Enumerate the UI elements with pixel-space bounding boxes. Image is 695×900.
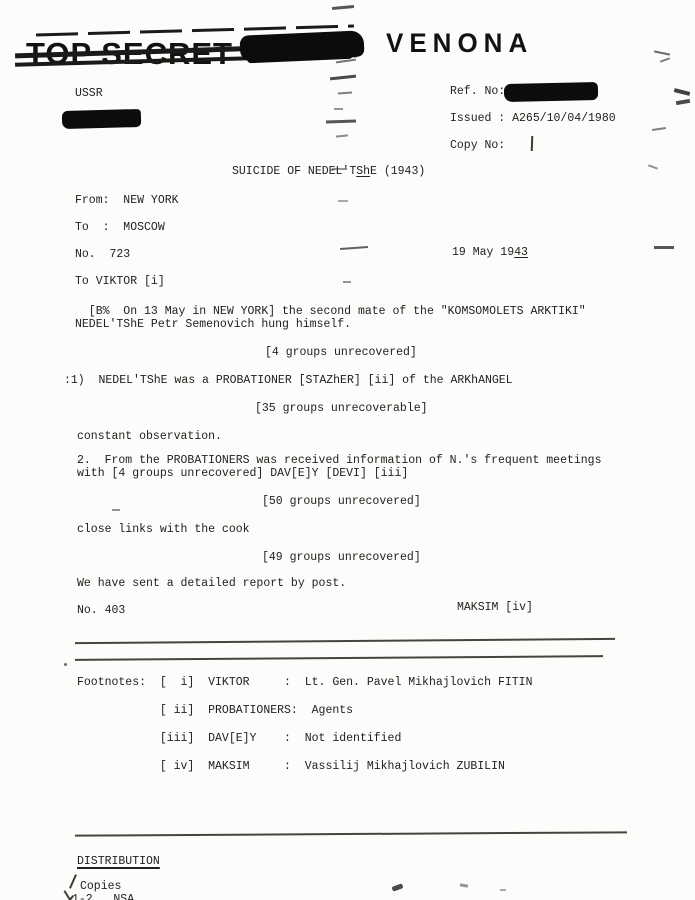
scan-smudge — [654, 50, 670, 55]
scan-smudge — [338, 200, 348, 202]
from-line: From: NEW YORK — [75, 194, 179, 207]
distribution-row-1: 1-2 NSA — [72, 893, 134, 900]
issued-line: Issued : A265/10/04/1980 — [450, 112, 616, 125]
groups-unrecovered-50: [50 groups unrecovered] — [262, 495, 421, 508]
pen-check-mark-stroke — [69, 874, 77, 889]
body-point2-line1: 2. From the PROBATIONERS was received in… — [77, 454, 602, 467]
document-title: SUICIDE OF NEDEL'TShE (1943) — [232, 165, 425, 178]
scan-smudge — [340, 246, 368, 250]
scan-smudge — [674, 88, 690, 96]
scan-smudge — [654, 246, 674, 249]
date-pre: 19 May 19 — [452, 246, 514, 259]
scan-smudge — [334, 108, 343, 110]
groups-unrecovered-49: [49 groups unrecovered] — [262, 551, 421, 564]
scan-smudge — [326, 119, 356, 123]
body-cook-line: close links with the cook — [77, 523, 250, 536]
groups-unrecovered-4: [4 groups unrecovered] — [265, 346, 417, 359]
signature-line: MAKSIM [iv] — [457, 601, 533, 614]
redaction-bar-left — [62, 109, 141, 129]
groups-unrecoverable-35: [35 groups unrecoverable] — [255, 402, 428, 415]
title-pre: SUICIDE OF NEDEL'T — [232, 165, 356, 178]
body-intro-line1: [B% On 13 May in NEW YORK] the second ma… — [75, 305, 586, 318]
scan-smudge — [330, 75, 356, 81]
footnote-row-3: [iii] DAV[E]Y : Not identified — [77, 732, 401, 745]
separator-rule-3 — [75, 831, 627, 836]
scan-smudge — [660, 57, 670, 62]
scan-smudge — [64, 663, 67, 666]
distribution-heading: DISTRIBUTION — [77, 855, 160, 868]
scan-smudge — [112, 509, 120, 511]
scan-smudge — [332, 5, 354, 10]
scan-smudge — [460, 883, 468, 887]
addressee-line: To VIKTOR [i] — [75, 275, 165, 288]
scan-smudge — [676, 99, 690, 105]
body-post-line: We have sent a detailed report by post. — [77, 577, 346, 590]
project-text: VENONA — [386, 28, 533, 59]
scan-smudge — [332, 168, 347, 170]
scan-smudge — [338, 92, 352, 95]
scan-smudge — [652, 127, 666, 131]
scan-smudge — [648, 164, 658, 169]
body-point2-line2: with [4 groups unrecovered] DAV[E]Y [DEV… — [77, 467, 408, 480]
copy-no-label: Copy No: — [450, 139, 505, 152]
ref-no-label: Ref. No: — [450, 85, 505, 98]
footnote-row-2: [ ii] PROBATIONERS: Agents — [77, 704, 353, 717]
venona-stamp: VENONA — [386, 28, 533, 60]
footnote-row-4: [ iv] MAKSIM : Vassilij Mikhajlovich ZUB… — [77, 760, 505, 773]
message-number-line: No. 723 — [75, 248, 130, 261]
scan-smudge — [343, 281, 351, 283]
distribution-copies-label: Copies — [80, 880, 121, 893]
to-line: To : MOSCOW — [75, 221, 165, 234]
copy-number-pen-mark — [531, 136, 534, 151]
title-post: E (1943) — [370, 165, 425, 178]
footnote-row-1: Footnotes: [ i] VIKTOR : Lt. Gen. Pavel … — [77, 676, 532, 689]
scan-smudge — [500, 889, 506, 891]
internal-number-line: No. 403 — [77, 604, 125, 617]
body-intro-line2: NEDEL'TShE Petr Semenovich hung himself. — [75, 318, 351, 331]
separator-rule-2 — [75, 655, 603, 661]
country-label: USSR — [75, 87, 103, 100]
scan-smudge — [336, 59, 356, 64]
scanned-document-page: TOP SECRET VENONA USSR Ref. No: Issued :… — [0, 0, 695, 900]
date-underlined: 43 — [514, 246, 528, 259]
scan-smudge — [336, 134, 348, 137]
redaction-bar-ref-no — [504, 82, 598, 102]
date-line: 19 May 1943 — [452, 246, 528, 259]
title-underlined: Sh — [356, 165, 370, 178]
body-point1: :1) NEDEL'TShE was a PROBATIONER [STAZhE… — [64, 374, 513, 387]
scan-smudge — [391, 883, 403, 891]
separator-rule-1 — [75, 638, 615, 644]
body-observation: constant observation. — [77, 430, 222, 443]
